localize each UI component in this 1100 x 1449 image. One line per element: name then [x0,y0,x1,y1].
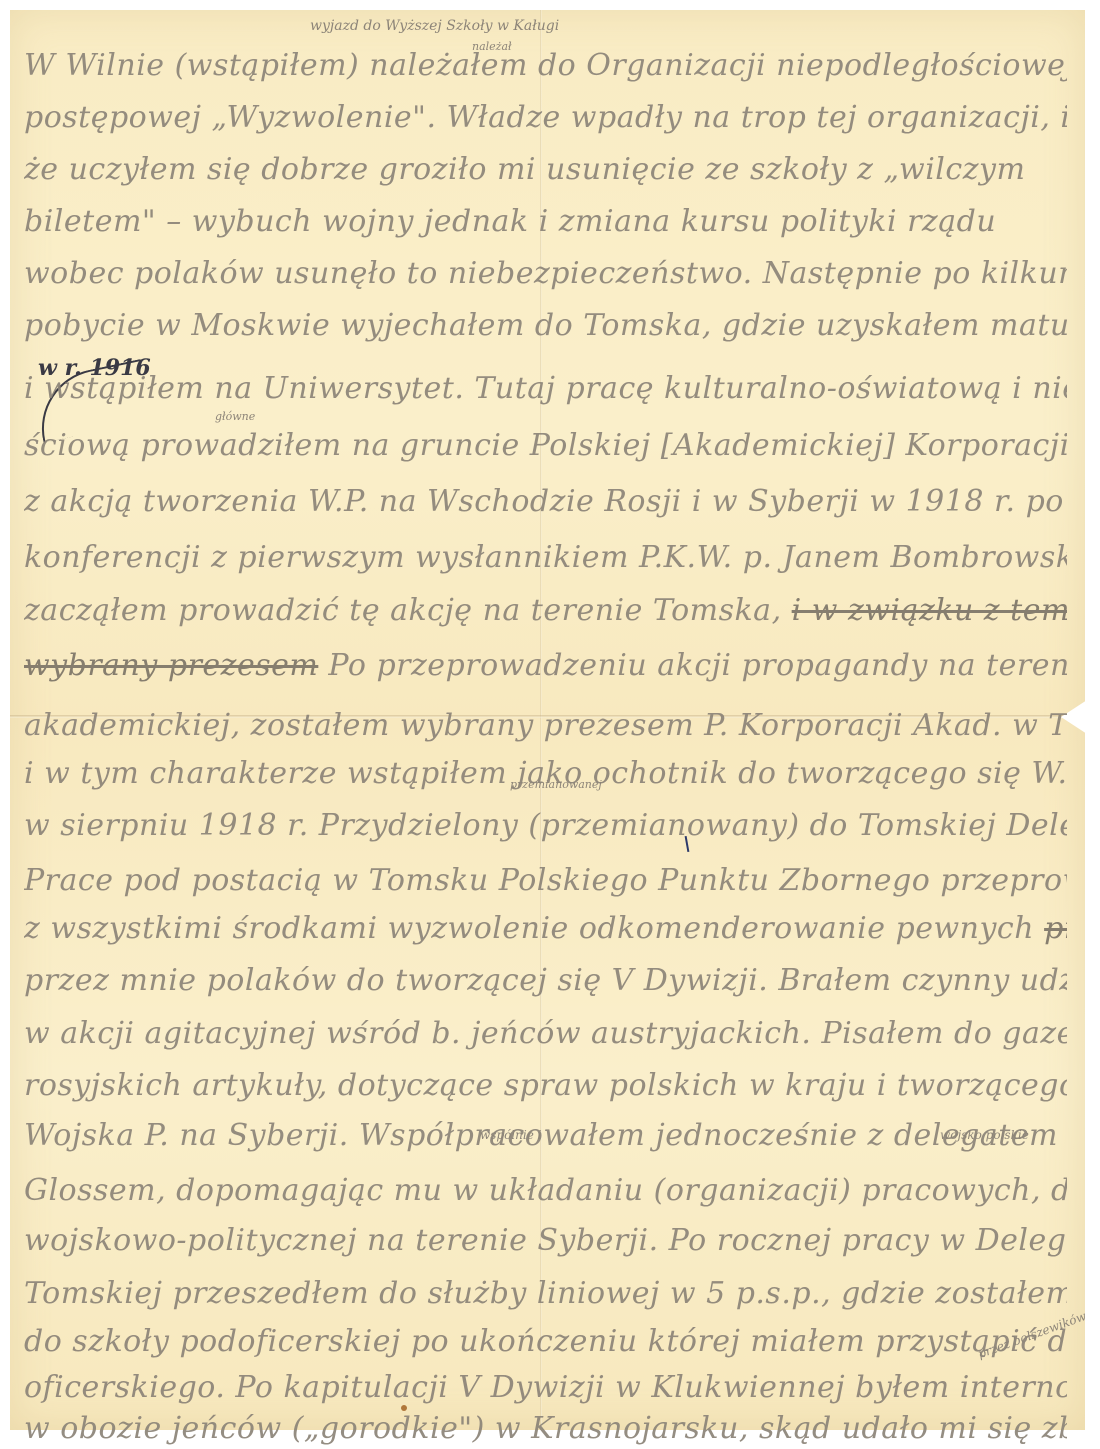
text-line: i wstąpiłem na Uniwersytet. Tutaj pracę … [24,363,1067,415]
text-segment: Po przeprowadzeniu akcji propagandy na t… [328,648,1067,683]
text-line: i w tym charakterze wstąpiłem jako ochot… [24,748,1067,800]
manuscript-page: wyjazd do Wyższej Szkoły w Kaługi należa… [10,10,1085,1430]
text-line: Tomskiej przeszedłem do służby liniowej … [24,1268,1067,1320]
text-segment: z wszystkimi środkami wyzwolenie odkomen… [24,911,1034,946]
text-line: Prace pod postacią w Tomsku Polskiego Pu… [24,855,1067,907]
struck-text: wybrany prezesem [24,648,318,683]
manuscript-text-body: W Wilnie (wstąpiłem) należałem do Organi… [10,10,1085,1430]
text-line: do szkoły podoficerskiej po ukończeniu k… [24,1316,1067,1368]
text-line: wobec polaków usunęło to niebezpieczeńst… [24,248,1067,300]
text-line: przez mnie polaków do tworzącej się V Dy… [24,955,1067,1007]
struck-text: przez tut. komendę [1044,911,1067,946]
text-line: Wojska P. na Syberji. Współpracowałem je… [24,1110,1067,1162]
text-line: że uczyłem się dobrze groziło mi usunięc… [24,144,1067,196]
text-line-with-strike: z wszystkimi środkami wyzwolenie odkomen… [24,903,1067,955]
text-line: Glossem, dopomagając mu w układaniu (org… [24,1165,1067,1217]
text-line: konferencji z pierwszym wysłannikiem P.K… [24,532,1067,584]
text-line-with-strike: zacząłem prowadzić tę akcję na terenie T… [24,585,1067,637]
text-line: z akcją tworzenia W.P. na Wschodzie Rosj… [24,476,1067,528]
paper-stain [401,1405,407,1411]
text-line: rosyjskich artykuły, dotyczące spraw pol… [24,1060,1067,1112]
text-line: w sierpniu 1918 r. Przydzielony (przemia… [24,800,1067,852]
text-line: wojskowo-politycznej na terenie Syberji.… [24,1215,1067,1267]
text-line: w obozie jeńców („gorodkie") w Krasnojar… [24,1403,1067,1449]
text-line: postępowej „Wyzwolenie". Władze wpadły n… [24,92,1067,144]
text-line: W Wilnie (wstąpiłem) należałem do Organi… [24,40,1067,92]
text-line: biletem" – wybuch wojny jednak i zmiana … [24,196,1067,248]
text-segment: zacząłem prowadzić tę akcję na terenie T… [24,593,782,628]
text-line: ściową prowadziłem na gruncie Polskiej [… [24,420,1067,472]
text-line-with-strike: wybrany prezesem Po przeprowadzeniu akcj… [24,640,1067,692]
text-line: pobycie w Moskwie wyjechałem do Tomska, … [24,300,1067,352]
struck-text: i w związku z tem zostałem [792,593,1067,628]
text-line: w akcji agitacyjnej wśród b. jeńców aust… [24,1008,1067,1060]
text-line: akademickiej, zostałem wybrany prezesem … [24,700,1067,752]
